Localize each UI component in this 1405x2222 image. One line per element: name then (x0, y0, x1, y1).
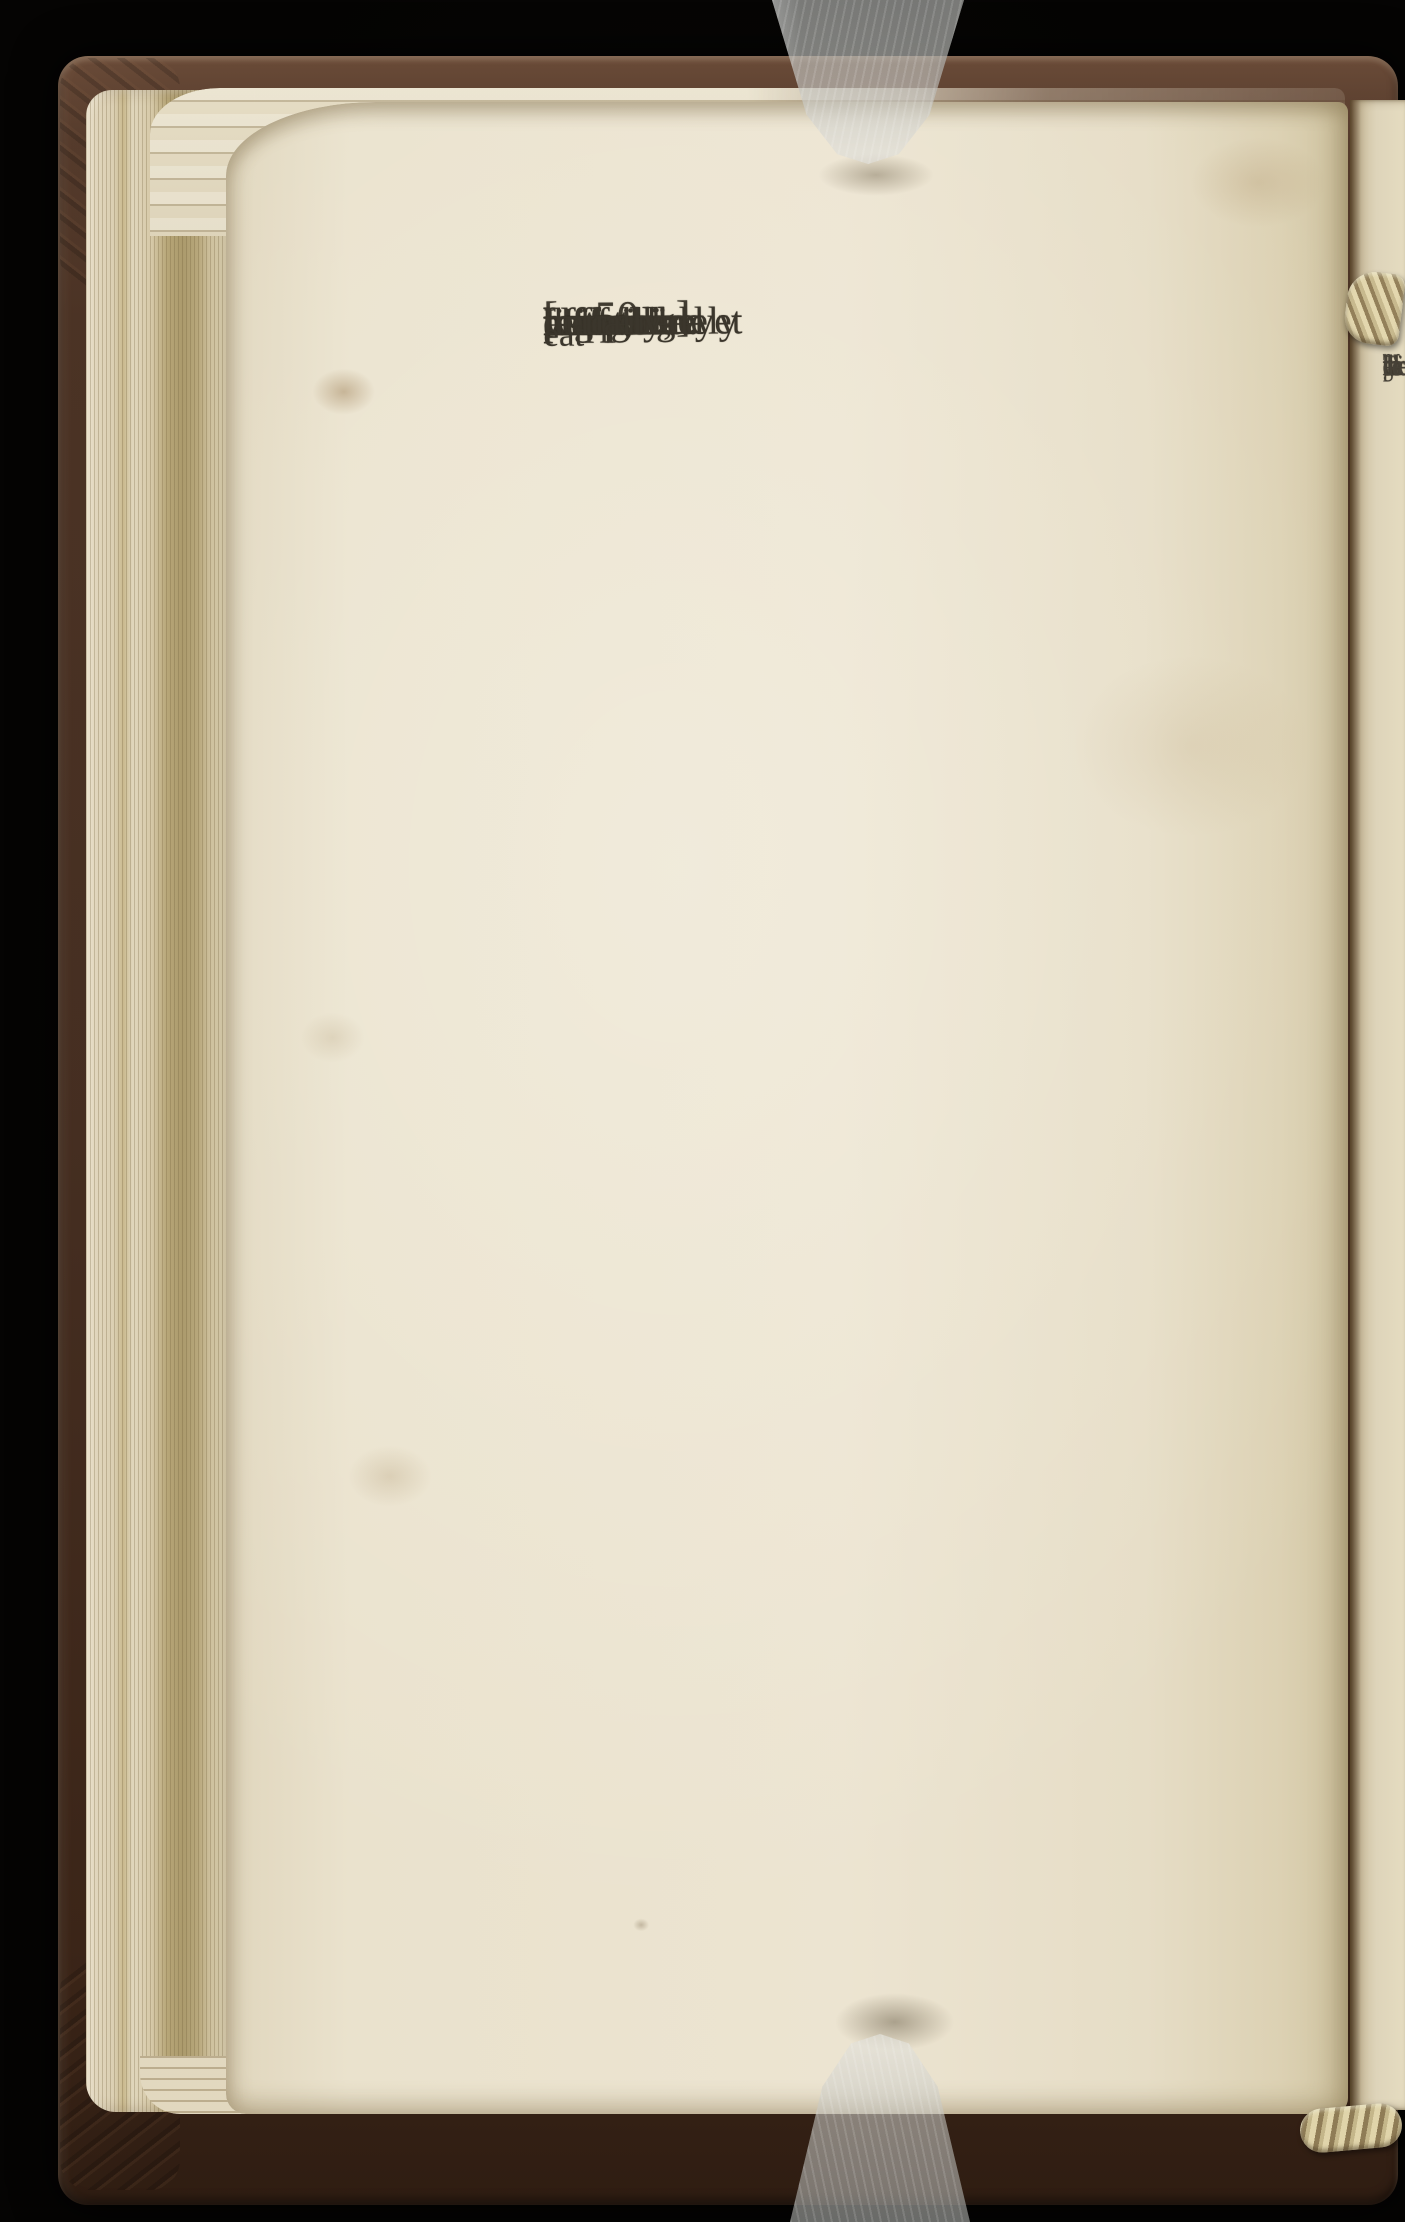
catchword: eat (543, 303, 592, 365)
facing-page-sliver: eainmhatheplewivuſethelarlikgrfaeTcacibe… (1350, 100, 1405, 2110)
page-stack-fore-edge (86, 90, 242, 2112)
book-scan-photo: eainmhatheplewivuſethelarlikgrfaeTcacibe… (0, 0, 1405, 2222)
book-page (226, 102, 1348, 2114)
